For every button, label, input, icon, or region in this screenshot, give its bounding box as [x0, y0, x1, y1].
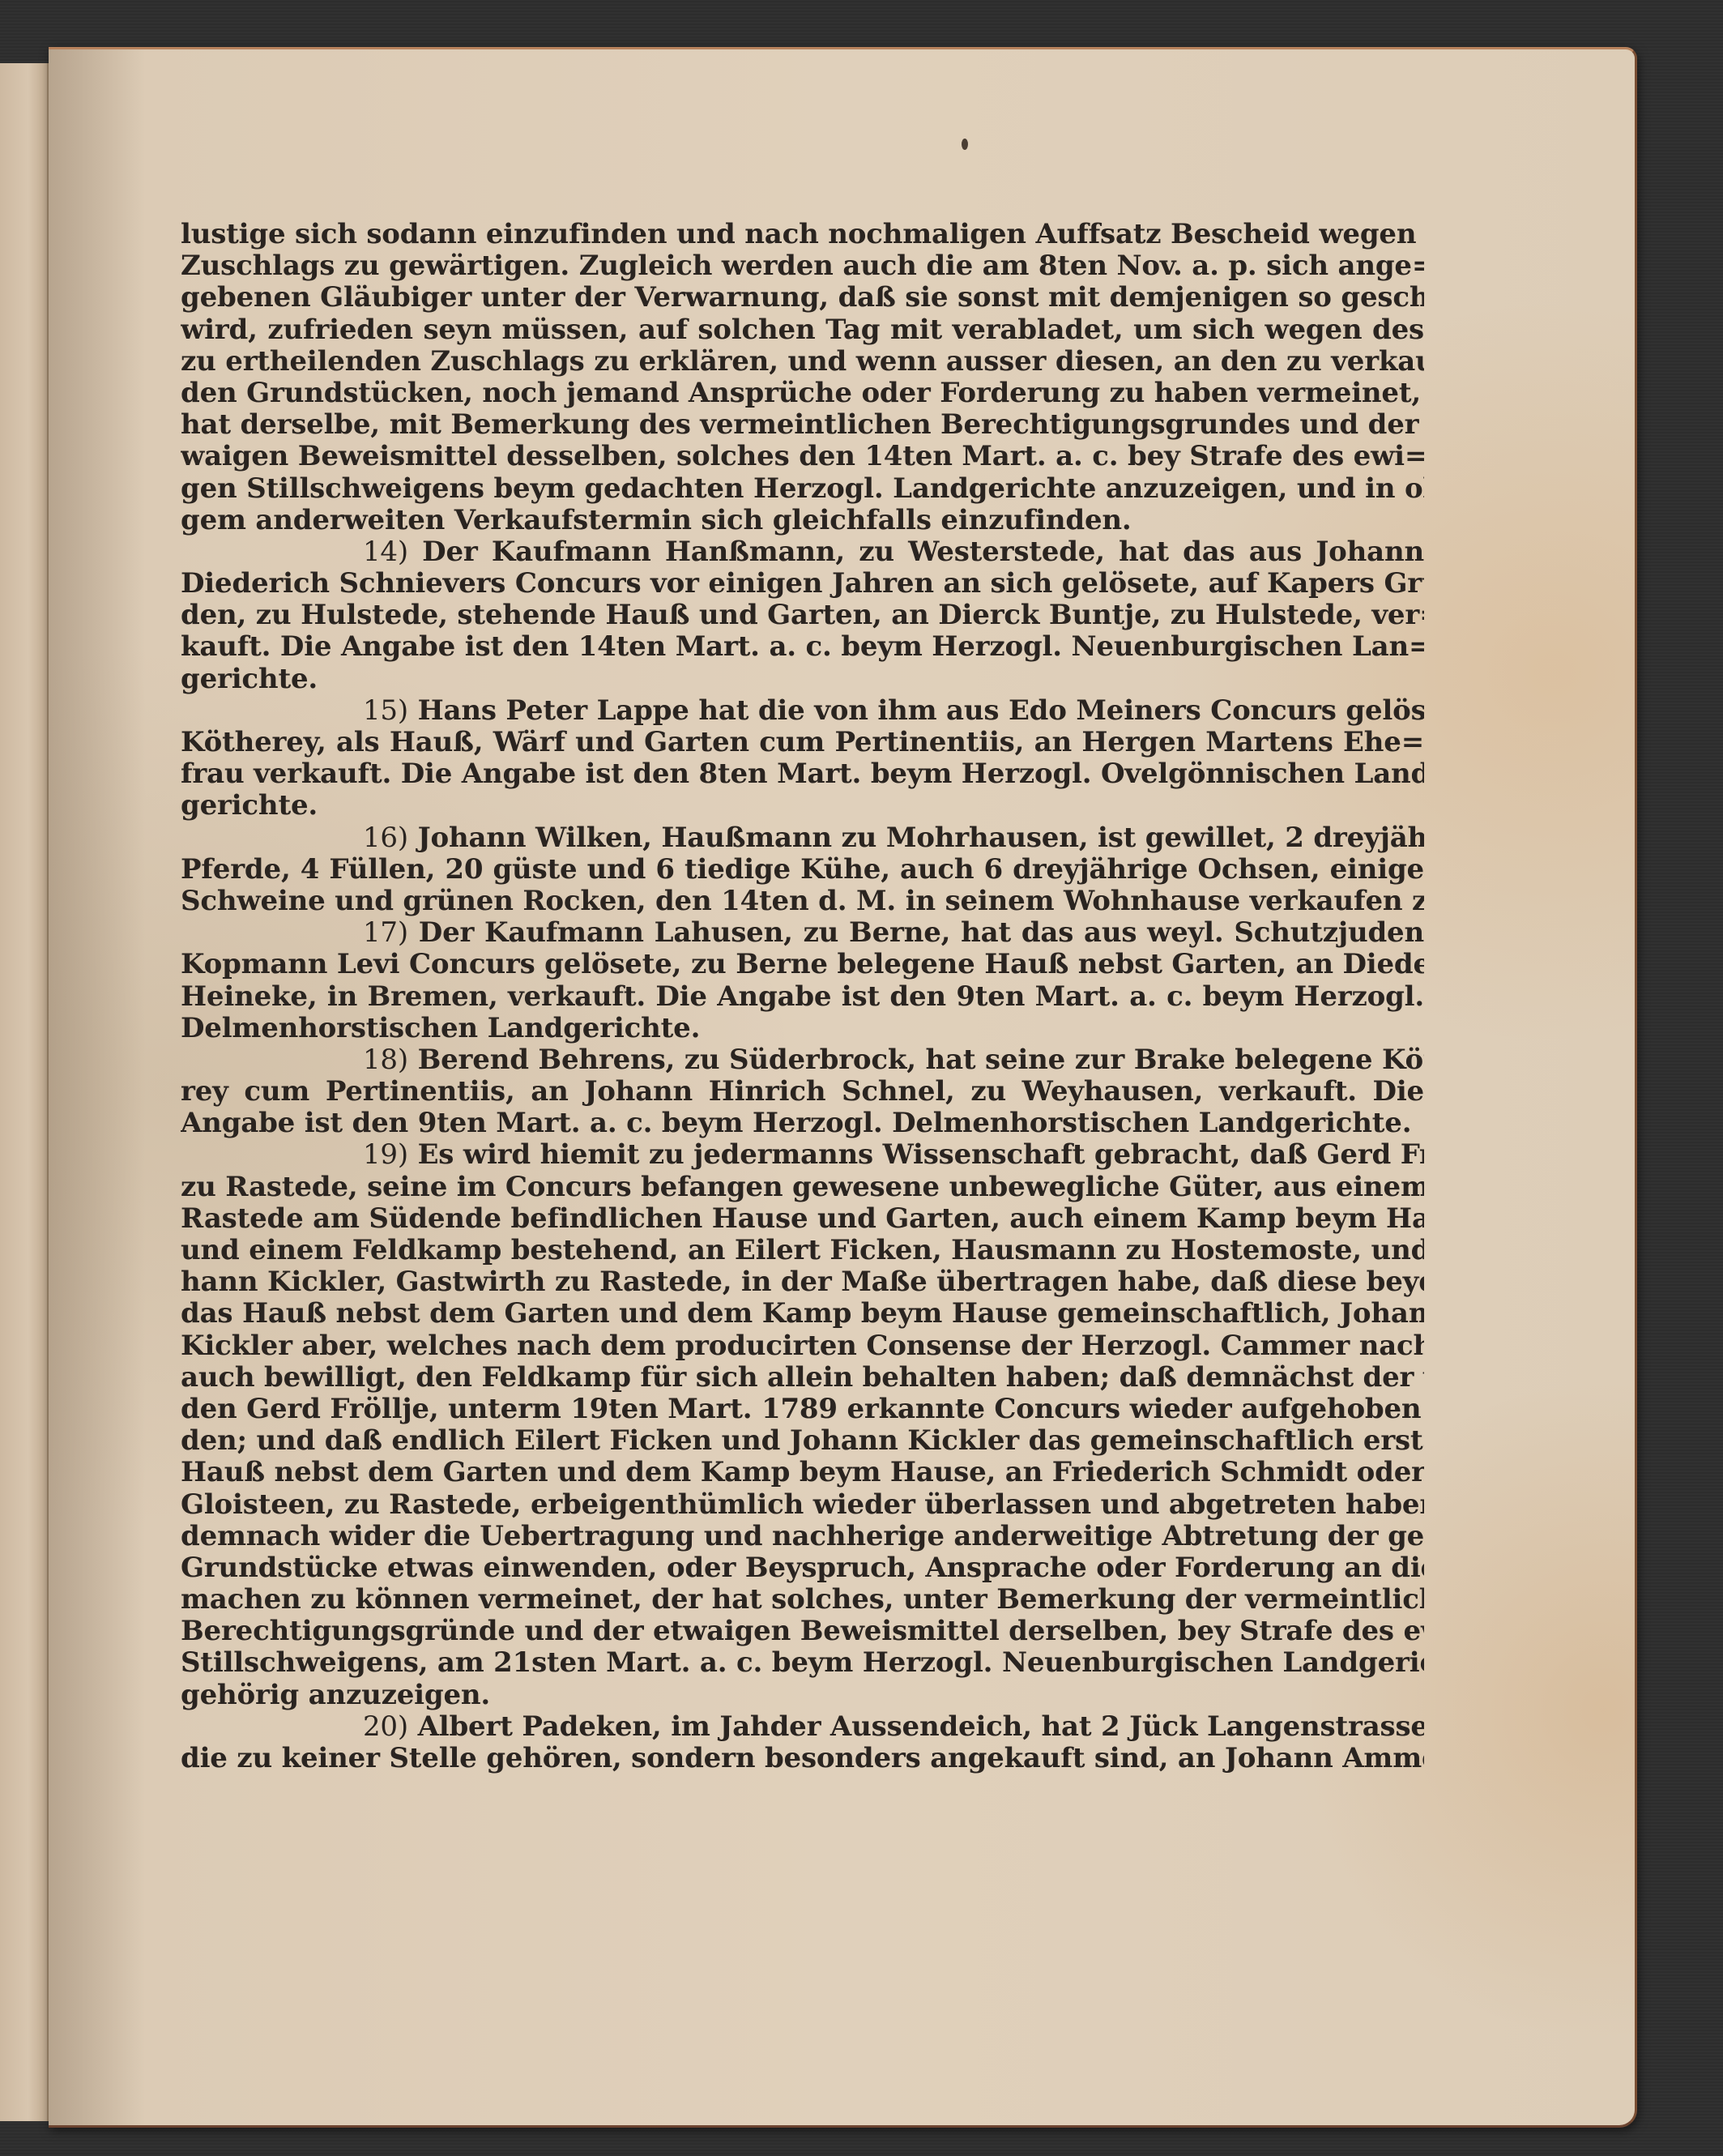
text-line: den; und daß endlich Eilert Ficken und J… — [181, 1425, 1424, 1457]
text-line: Hans Peter Lappe hat die von ihm aus Edo… — [418, 695, 1424, 727]
text-line: Johann Wilken, Haußmann zu Mohrhausen, i… — [418, 822, 1424, 854]
paragraph-17: 17) Der Kaufmann Lahusen, zu Berne, hat … — [181, 917, 1424, 1044]
text-line: Kopmann Levi Concurs gelösete, zu Berne … — [181, 949, 1424, 980]
paragraph-first-line: 19) Es wird hiemit zu jedermanns Wissens… — [181, 1139, 1424, 1171]
paragraph-15: 15) Hans Peter Lappe hat die von ihm aus… — [181, 695, 1424, 822]
text-line: zu Rastede, seine im Concurs befangen ge… — [181, 1172, 1424, 1203]
paragraph-continuation: lustige sich sodann einzufinden und nach… — [181, 219, 1424, 536]
paragraph-16: 16) Johann Wilken, Haußmann zu Mohrhause… — [181, 822, 1424, 918]
text-line: gehörig anzuzeigen. — [181, 1680, 1424, 1711]
text-line: rey cum Pertinentiis, an Johann Hinrich … — [181, 1076, 1424, 1108]
paragraph-first-line: 17) Der Kaufmann Lahusen, zu Berne, hat … — [181, 917, 1424, 949]
text-line: lustige sich sodann einzufinden und nach… — [181, 219, 1424, 250]
text-line: Albert Padeken, im Jahder Aussendeich, h… — [418, 1711, 1424, 1743]
paragraph-first-line: 18) Berend Behrens, zu Süderbrock, hat s… — [181, 1044, 1424, 1076]
paragraph-first-line: 15) Hans Peter Lappe hat die von ihm aus… — [181, 695, 1424, 727]
document-body-text: lustige sich sodann einzufinden und nach… — [181, 219, 1424, 1774]
text-line: Gloisteen, zu Rastede, erbeigenthümlich … — [181, 1489, 1424, 1521]
text-line: gen Stillschweigens beym gedachten Herzo… — [181, 473, 1424, 505]
text-line: und einem Feldkamp bestehend, an Eilert … — [181, 1235, 1424, 1266]
text-line: den Gerd Fröllje, unterm 19ten Mart. 178… — [181, 1394, 1424, 1425]
paragraph-first-line: 16) Johann Wilken, Haußmann zu Mohrhause… — [181, 822, 1424, 854]
ink-spot — [962, 139, 968, 150]
text-line: Der Kaufmann Lahusen, zu Berne, hat das … — [419, 917, 1424, 949]
paragraph-18: 18) Berend Behrens, zu Süderbrock, hat s… — [181, 1044, 1424, 1140]
text-line: Stillschweigens, am 21sten Mart. a. c. b… — [181, 1647, 1424, 1679]
facing-page-edge — [0, 63, 49, 2121]
text-line: gerichte. — [181, 790, 1424, 822]
text-line: zu ertheilenden Zuschlags zu erklären, u… — [181, 346, 1424, 378]
paragraph-number: 18) — [363, 1044, 408, 1076]
paragraph-first-line: 14) Der Kaufmann Hanßmann, zu Westersted… — [181, 536, 1424, 568]
text-line: auch bewilligt, den Feldkamp für sich al… — [181, 1362, 1424, 1394]
gutter-shadow — [49, 49, 146, 2125]
text-line: den, zu Hulstede, stehende Hauß und Gart… — [181, 600, 1424, 631]
paragraph-20: 20) Albert Padeken, im Jahder Aussendeic… — [181, 1711, 1424, 1774]
text-line: gem anderweiten Verkaufstermin sich glei… — [181, 505, 1424, 536]
text-line: Es wird hiemit zu jedermanns Wissenschaf… — [418, 1139, 1424, 1171]
text-line: Grundstücke etwas einwenden, oder Beyspr… — [181, 1552, 1424, 1584]
text-line: Angabe ist den 9ten Mart. a. c. beym Her… — [181, 1108, 1424, 1139]
paragraph-14: 14) Der Kaufmann Hanßmann, zu Westersted… — [181, 536, 1424, 695]
text-line: hat derselbe, mit Bemerkung des vermeint… — [181, 409, 1424, 441]
text-line: frau verkauft. Die Angabe ist den 8ten M… — [181, 758, 1424, 790]
paragraph-number: 16) — [363, 822, 408, 854]
text-line: Zuschlags zu gewärtigen. Zugleich werden… — [181, 250, 1424, 282]
paragraph-number: 15) — [363, 695, 408, 727]
text-line: gebenen Gläubiger unter der Verwarnung, … — [181, 282, 1424, 314]
text-line: Berechtigungsgründe und der etwaigen Bew… — [181, 1616, 1424, 1647]
text-line: Pferde, 4 Füllen, 20 güste und 6 tiedige… — [181, 854, 1424, 886]
paragraph-number: 17) — [363, 917, 408, 949]
text-line: Diederich Schnievers Concurs vor einigen… — [181, 568, 1424, 600]
paragraph-number: 20) — [363, 1711, 408, 1743]
text-line: Schweine und grünen Rocken, den 14ten d.… — [181, 886, 1424, 917]
paragraph-19: 19) Es wird hiemit zu jedermanns Wissens… — [181, 1139, 1424, 1710]
text-line: machen zu können vermeinet, der hat solc… — [181, 1584, 1424, 1616]
text-line: Hauß nebst dem Garten und dem Kamp beym … — [181, 1457, 1424, 1488]
paragraph-number: 14) — [363, 536, 408, 568]
text-line: Kickler aber, welches nach dem producirt… — [181, 1330, 1424, 1362]
text-line: Heineke, in Bremen, verkauft. Die Angabe… — [181, 981, 1424, 1013]
text-line: Delmenhorstischen Landgerichte. — [181, 1013, 1424, 1044]
paragraph-first-line: 20) Albert Padeken, im Jahder Aussendeic… — [181, 1711, 1424, 1743]
text-line: waigen Beweismittel desselben, solches d… — [181, 441, 1424, 472]
text-line: Kötherey, als Hauß, Wärf und Garten cum … — [181, 727, 1424, 758]
text-line: Berend Behrens, zu Süderbrock, hat seine… — [418, 1044, 1424, 1076]
text-line: Rastede am Südende befindlichen Hause un… — [181, 1203, 1424, 1235]
text-line: demnach wider die Uebertragung und nachh… — [181, 1521, 1424, 1552]
text-line: den Grundstücken, noch jemand Ansprüche … — [181, 378, 1424, 409]
text-line: wird, zufrieden seyn müssen, auf solchen… — [181, 314, 1424, 346]
text-line: Der Kaufmann Hanßmann, zu Westerstede, h… — [422, 536, 1424, 568]
text-line: gerichte. — [181, 664, 1424, 695]
text-line: das Hauß nebst dem Garten und dem Kamp b… — [181, 1298, 1424, 1330]
text-line: die zu keiner Stelle gehören, sondern be… — [181, 1743, 1424, 1774]
paragraph-number: 19) — [363, 1139, 408, 1171]
text-line: kauft. Die Angabe ist den 14ten Mart. a.… — [181, 631, 1424, 663]
text-line: hann Kickler, Gastwirth zu Rastede, in d… — [181, 1266, 1424, 1298]
